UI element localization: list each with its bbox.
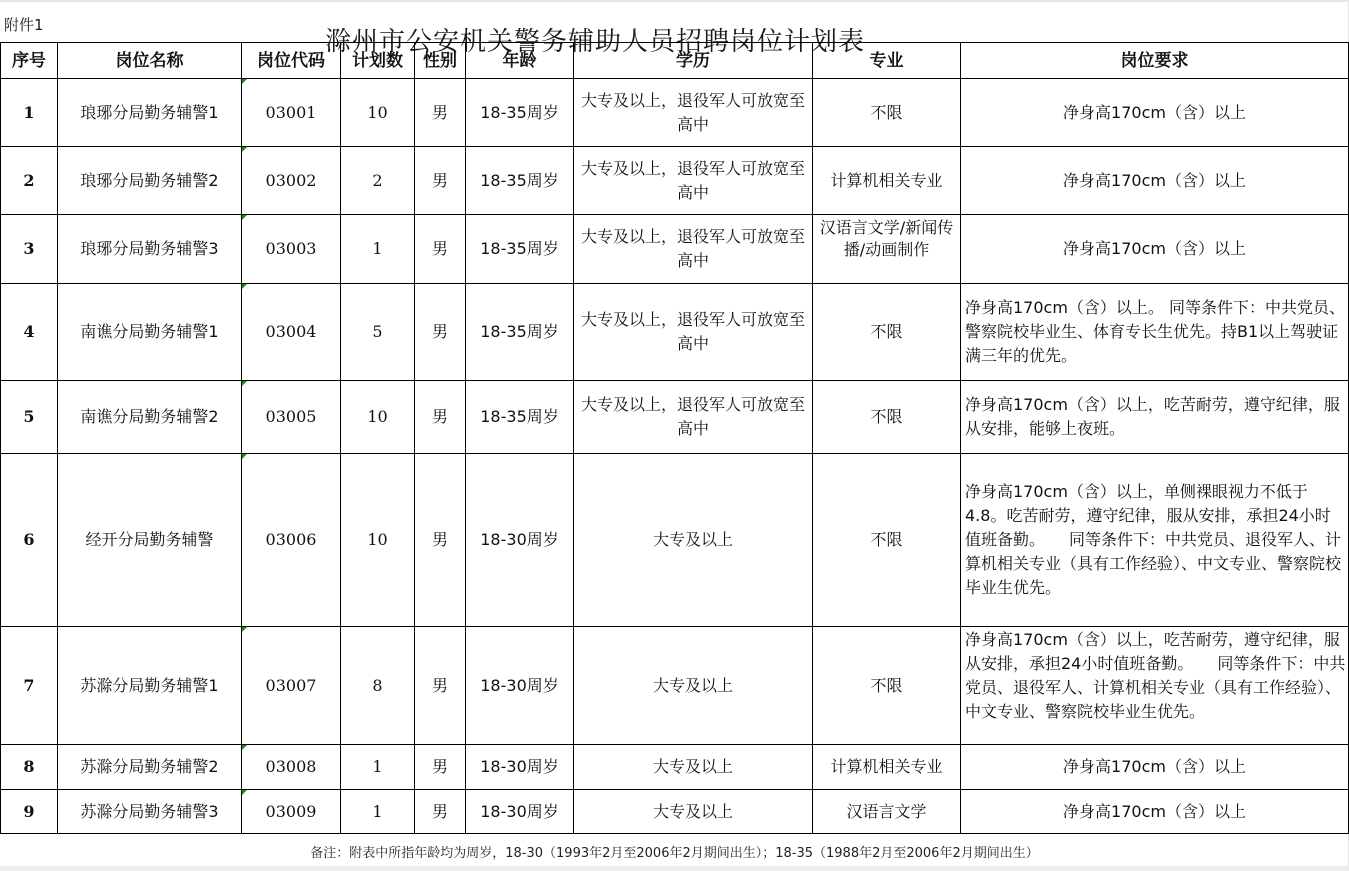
cell-requirements: 净身高170cm（含）以上 xyxy=(961,745,1349,790)
cell-code: 03004 xyxy=(242,284,341,381)
cell-index: 9 xyxy=(1,790,58,834)
cell-position: 苏滁分局勤务辅警2 xyxy=(58,745,242,790)
cell-education: 大专及以上，退役军人可放宽至高中 xyxy=(574,215,813,284)
cell-major: 汉语言文学/新闻传播/动画制作 xyxy=(813,215,961,284)
cell-code: 03008 xyxy=(242,745,341,790)
cell-code: 03002 xyxy=(242,147,341,215)
table-row: 3 琅琊分局勤务辅警3 03003 1 男 18-35周岁 大专及以上，退役军人… xyxy=(1,215,1349,284)
cell-education: 大专及以上，退役军人可放宽至高中 xyxy=(574,147,813,215)
cell-age: 18-35周岁 xyxy=(466,284,574,381)
cell-count: 2 xyxy=(341,147,415,215)
footnote: 备注：附表中所指年龄均为周岁，18-30（1993年2月至2006年2月期间出生… xyxy=(0,842,1349,861)
cell-code-value: 03002 xyxy=(266,171,317,190)
cell-comment-marker-icon xyxy=(242,790,247,795)
table-row: 6 经开分局勤务辅警 03006 10 男 18-30周岁 大专及以上 不限 净… xyxy=(1,454,1349,627)
cell-major: 不限 xyxy=(813,627,961,745)
cell-code-value: 03009 xyxy=(266,802,317,821)
cell-position: 苏滁分局勤务辅警1 xyxy=(58,627,242,745)
cell-code: 03005 xyxy=(242,381,341,454)
column-header-major: 专业 xyxy=(813,43,961,79)
cell-index: 8 xyxy=(1,745,58,790)
cell-count: 8 xyxy=(341,627,415,745)
cell-major: 不限 xyxy=(813,284,961,381)
cell-index: 5 xyxy=(1,381,58,454)
cell-code-value: 03003 xyxy=(266,239,317,258)
cell-count: 1 xyxy=(341,745,415,790)
table-row: 2 琅琊分局勤务辅警2 03002 2 男 18-35周岁 大专及以上，退役军人… xyxy=(1,147,1349,215)
cell-requirements: 净身高170cm（含）以上 xyxy=(961,147,1349,215)
table-header-row: 序号 岗位名称 岗位代码 计划数 性别 年龄 学历 专业 岗位要求 xyxy=(1,43,1349,79)
cell-count: 1 xyxy=(341,790,415,834)
cell-count: 10 xyxy=(341,381,415,454)
cell-gender: 男 xyxy=(415,381,466,454)
cell-age: 18-30周岁 xyxy=(466,454,574,627)
cell-education: 大专及以上，退役军人可放宽至高中 xyxy=(574,284,813,381)
cell-comment-marker-icon xyxy=(242,454,247,459)
cell-age: 18-35周岁 xyxy=(466,147,574,215)
cell-position: 琅琊分局勤务辅警3 xyxy=(58,215,242,284)
cell-age: 18-30周岁 xyxy=(466,790,574,834)
column-header-gender: 性别 xyxy=(415,43,466,79)
cell-position: 琅琊分局勤务辅警2 xyxy=(58,147,242,215)
cell-index: 4 xyxy=(1,284,58,381)
cell-requirements: 净身高170cm（含）以上，吃苦耐劳，遵守纪律，服从安排，承担24小时值班备勤。… xyxy=(961,627,1349,745)
cell-code: 03009 xyxy=(242,790,341,834)
cell-education: 大专及以上 xyxy=(574,454,813,627)
cell-position: 琅琊分局勤务辅警1 xyxy=(58,79,242,147)
cell-major: 不限 xyxy=(813,454,961,627)
cell-position: 苏滁分局勤务辅警3 xyxy=(58,790,242,834)
cell-gender: 男 xyxy=(415,284,466,381)
cell-major: 计算机相关专业 xyxy=(813,745,961,790)
cell-position: 南谯分局勤务辅警2 xyxy=(58,381,242,454)
column-header-count: 计划数 xyxy=(341,43,415,79)
cell-code-value: 03001 xyxy=(266,103,317,122)
cell-count: 5 xyxy=(341,284,415,381)
cell-requirements: 净身高170cm（含）以上，吃苦耐劳，遵守纪律，服从安排，能够上夜班。 xyxy=(961,381,1349,454)
cell-major: 不限 xyxy=(813,79,961,147)
table-row: 1 琅琊分局勤务辅警1 03001 10 男 18-35周岁 大专及以上，退役军… xyxy=(1,79,1349,147)
column-header-requirements: 岗位要求 xyxy=(961,43,1349,79)
cell-code-value: 03006 xyxy=(266,530,317,549)
cell-gender: 男 xyxy=(415,147,466,215)
cell-index: 2 xyxy=(1,147,58,215)
cell-gender: 男 xyxy=(415,627,466,745)
cell-requirements: 净身高170cm（含）以上 xyxy=(961,79,1349,147)
cell-major: 汉语言文学 xyxy=(813,790,961,834)
table-row: 8 苏滁分局勤务辅警2 03008 1 男 18-30周岁 大专及以上 计算机相… xyxy=(1,745,1349,790)
cell-education: 大专及以上 xyxy=(574,790,813,834)
page-border-top xyxy=(0,0,1349,2)
cell-age: 18-30周岁 xyxy=(466,627,574,745)
cell-gender: 男 xyxy=(415,790,466,834)
cell-code: 03003 xyxy=(242,215,341,284)
cell-major: 计算机相关专业 xyxy=(813,147,961,215)
cell-count: 1 xyxy=(341,215,415,284)
cell-gender: 男 xyxy=(415,745,466,790)
cell-requirements: 净身高170cm（含）以上 xyxy=(961,215,1349,284)
cell-age: 18-35周岁 xyxy=(466,381,574,454)
cell-requirements-text: 净身高170cm（含）以上，吃苦耐劳，遵守纪律，服从安排，承担24小时值班备勤。… xyxy=(965,627,1346,744)
cell-index: 6 xyxy=(1,454,58,627)
cell-requirements: 净身高170cm（含）以上 xyxy=(961,790,1349,834)
cell-education: 大专及以上 xyxy=(574,745,813,790)
cell-gender: 男 xyxy=(415,215,466,284)
cell-comment-marker-icon xyxy=(242,147,247,152)
table-row: 5 南谯分局勤务辅警2 03005 10 男 18-35周岁 大专及以上，退役军… xyxy=(1,381,1349,454)
cell-code: 03007 xyxy=(242,627,341,745)
cell-position: 经开分局勤务辅警 xyxy=(58,454,242,627)
cell-comment-marker-icon xyxy=(242,284,247,289)
column-header-code: 岗位代码 xyxy=(242,43,341,79)
table-row: 9 苏滁分局勤务辅警3 03009 1 男 18-30周岁 大专及以上 汉语言文… xyxy=(1,790,1349,834)
cell-major-text: 汉语言文学/新闻传播/动画制作 xyxy=(816,215,957,283)
cell-education: 大专及以上，退役军人可放宽至高中 xyxy=(574,79,813,147)
column-header-position: 岗位名称 xyxy=(58,43,242,79)
cell-gender: 男 xyxy=(415,79,466,147)
cell-education: 大专及以上，退役军人可放宽至高中 xyxy=(574,381,813,454)
page-border-bottom xyxy=(0,866,1349,871)
cell-code-value: 03005 xyxy=(266,407,317,426)
cell-age: 18-30周岁 xyxy=(466,745,574,790)
cell-index: 7 xyxy=(1,627,58,745)
table-row: 7 苏滁分局勤务辅警1 03007 8 男 18-30周岁 大专及以上 不限 净… xyxy=(1,627,1349,745)
cell-comment-marker-icon xyxy=(242,79,247,84)
recruitment-plan-table: 序号 岗位名称 岗位代码 计划数 性别 年龄 学历 专业 岗位要求 1 琅琊分局… xyxy=(0,42,1349,834)
cell-position: 南谯分局勤务辅警1 xyxy=(58,284,242,381)
column-header-age: 年龄 xyxy=(466,43,574,79)
cell-code-value: 03008 xyxy=(266,757,317,776)
cell-code-value: 03004 xyxy=(266,322,317,341)
cell-count: 10 xyxy=(341,454,415,627)
cell-education: 大专及以上 xyxy=(574,627,813,745)
cell-requirements: 净身高170cm（含）以上。 同等条件下：中共党员、警察院校毕业生、体育专长生优… xyxy=(961,284,1349,381)
cell-requirements: 净身高170cm（含）以上，单侧裸眼视力不低于4.8。吃苦耐劳，遵守纪律，服从安… xyxy=(961,454,1349,627)
cell-major: 不限 xyxy=(813,381,961,454)
column-header-education: 学历 xyxy=(574,43,813,79)
cell-comment-marker-icon xyxy=(242,745,247,750)
column-header-index: 序号 xyxy=(1,43,58,79)
cell-age: 18-35周岁 xyxy=(466,215,574,284)
cell-code: 03001 xyxy=(242,79,341,147)
cell-age: 18-35周岁 xyxy=(466,79,574,147)
cell-comment-marker-icon xyxy=(242,627,247,632)
cell-gender: 男 xyxy=(415,454,466,627)
cell-index: 3 xyxy=(1,215,58,284)
cell-index: 1 xyxy=(1,79,58,147)
cell-count: 10 xyxy=(341,79,415,147)
cell-comment-marker-icon xyxy=(242,215,247,220)
cell-comment-marker-icon xyxy=(242,381,247,386)
cell-code: 03006 xyxy=(242,454,341,627)
cell-code-value: 03007 xyxy=(266,676,317,695)
table-row: 4 南谯分局勤务辅警1 03004 5 男 18-35周岁 大专及以上，退役军人… xyxy=(1,284,1349,381)
